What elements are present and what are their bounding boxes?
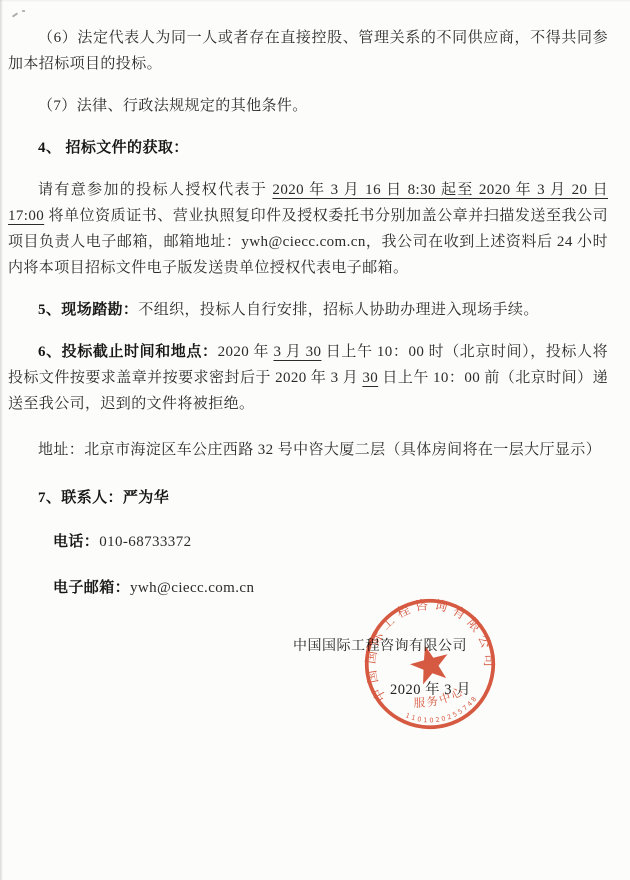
phone-value: 010-68733372 bbox=[99, 534, 191, 550]
section-6-text-1: 2020 年 bbox=[218, 344, 274, 360]
phone-paragraph: 电话：010-68733372 bbox=[8, 529, 608, 555]
document-body: （6）法定代表人为同一人或者存在直接控股、管理关系的不同供应商，不得共同参加本招… bbox=[8, 0, 608, 601]
clause-7-text: （7）法律、行政法规规定的其他条件。 bbox=[38, 98, 308, 114]
address-paragraph: 地址：北京市海淀区车公庄西路 32 号中咨大厦二层（具体房间将在一层大厅显示） bbox=[8, 437, 608, 463]
section-4-heading-text: 4、 招标文件的获取： bbox=[38, 140, 189, 156]
section-5-label: 5、现场踏勘： bbox=[38, 302, 138, 318]
section-5-paragraph: 5、现场踏勘：不组织，投标人自行安排，招标人协助办理进入现场手续。 bbox=[8, 297, 608, 323]
section-4-heading: 4、 招标文件的获取： bbox=[8, 135, 608, 161]
section-6-underlined-date-1: 3 月 30 bbox=[273, 344, 321, 360]
section-4-paragraph: 请有意参加的投标人授权代表于 2020 年 3 月 16 日 8:30 起至 2… bbox=[8, 177, 608, 281]
section-6-label: 6、投标截止时间和地点： bbox=[38, 344, 218, 360]
clause-7-paragraph: （7）法律、行政法规规定的其他条件。 bbox=[8, 93, 608, 119]
company-seal-stamp: 中国国际工程咨询有限公司 服务中心 1101020255748 bbox=[362, 596, 498, 732]
section-7-heading-text: 7、联系人：严为华 bbox=[38, 490, 169, 506]
email-value: ywh@ciecc.com.cn bbox=[130, 580, 254, 596]
phone-label: 电话： bbox=[53, 534, 99, 550]
clause-6-text: （6）法定代表人为同一人或者存在直接控股、管理关系的不同供应商，不得共同参加本招… bbox=[8, 30, 608, 72]
section-6-paragraph: 6、投标截止时间和地点：2020 年 3 月 30 日上午 10：00 时（北京… bbox=[8, 339, 608, 417]
email-paragraph: 电子邮箱：ywh@ciecc.com.cn bbox=[8, 575, 608, 601]
email-label: 电子邮箱： bbox=[53, 580, 130, 596]
section-6-underlined-date-2: 30 bbox=[362, 370, 378, 386]
seal-star-icon bbox=[406, 641, 453, 687]
seal-ring-text: 中国国际工程咨询有限公司 bbox=[362, 596, 498, 705]
section-7-heading: 7、联系人：严为华 bbox=[8, 485, 608, 511]
section-4-pre-text: 请有意参加的投标人授权代表于 bbox=[38, 182, 272, 198]
address-text: 地址：北京市海淀区车公庄西路 32 号中咨大厦二层（具体房间将在一层大厅显示） bbox=[38, 442, 601, 458]
scan-edge-shadow bbox=[0, 0, 3, 880]
svg-text:中国国际工程咨询有限公司: 中国国际工程咨询有限公司 bbox=[362, 596, 498, 705]
clause-6-paragraph: （6）法定代表人为同一人或者存在直接控股、管理关系的不同供应商，不得共同参加本招… bbox=[8, 25, 608, 77]
section-5-text: 不组织，投标人自行安排，招标人协助办理进入现场手续。 bbox=[138, 302, 538, 318]
scanned-document-page: （6）法定代表人为同一人或者存在直接控股、管理关系的不同供应商，不得共同参加本招… bbox=[0, 0, 630, 880]
section-4-post-text: 将单位资质证书、营业执照复印件及授权委托书分别加盖公章并扫描发送至我公司项目负责… bbox=[8, 208, 608, 276]
